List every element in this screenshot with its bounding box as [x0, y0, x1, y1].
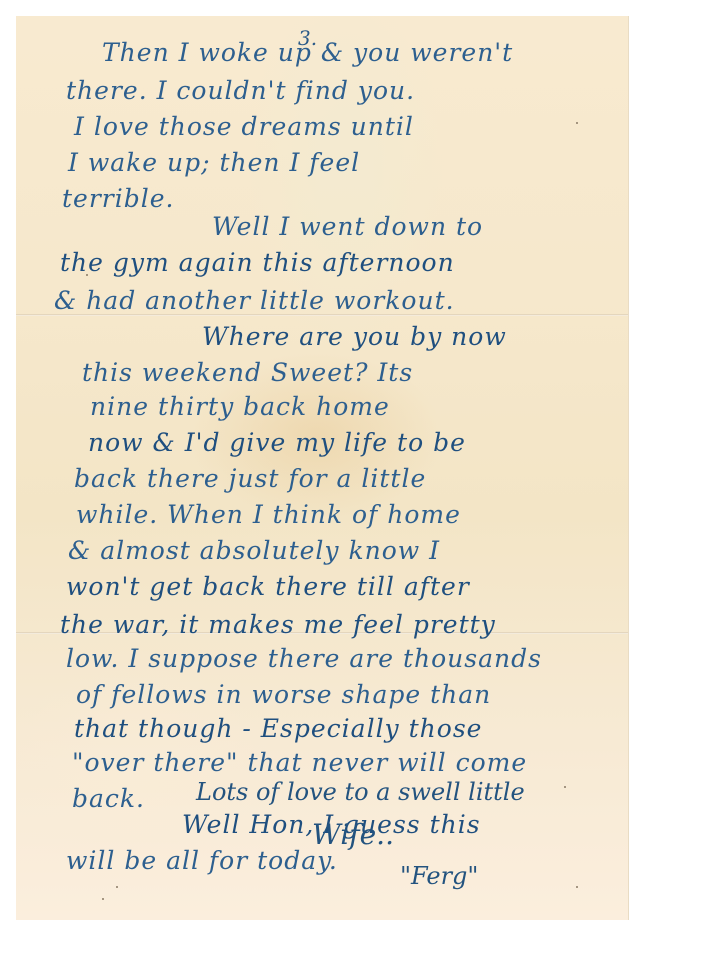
letter-line: I wake up; then I feel	[68, 150, 360, 175]
letter-line: the gym again this afternoon	[60, 250, 455, 275]
letter-line: back.	[72, 786, 145, 811]
letter-line: Well I went down to	[212, 214, 483, 239]
letter-line: there. I couldn't find you.	[66, 78, 415, 103]
letter-line: & had another little workout.	[54, 288, 455, 313]
letter-line: of fellows in worse shape than	[76, 682, 491, 707]
paper-speck	[116, 886, 118, 888]
closing-line: Lots of love to a swell little	[196, 778, 525, 806]
paper-speck	[102, 898, 104, 900]
letter-line: the war, it makes me feel pretty	[60, 612, 496, 637]
letter-line: "over there" that never will come	[72, 750, 527, 775]
letter-line: will be all for today.	[66, 848, 338, 873]
letter-line: low. I suppose there are thousands	[66, 646, 542, 671]
letter-line: I love those dreams until	[74, 114, 414, 139]
letter-line: terrible.	[62, 186, 174, 211]
paper-speck	[576, 122, 578, 124]
signature: "Ferg"	[400, 862, 478, 890]
letter-line: nine thirty back home	[90, 394, 390, 419]
letter-line: back there just for a little	[74, 466, 426, 491]
paper-speck	[564, 786, 566, 788]
letter-line: while. When I think of home	[76, 502, 461, 527]
letter-line: Where are you by now	[202, 324, 507, 349]
letter-line: now & I'd give my life to be	[88, 430, 466, 455]
letter-line: that though - Especially those	[74, 716, 482, 741]
paper-speck	[576, 886, 578, 888]
letter-line: won't get back there till after	[66, 574, 470, 599]
letter-line: this weekend Sweet? Its	[82, 360, 413, 385]
letter-line: Then I woke up & you weren't	[102, 40, 513, 65]
closing-wife: Wife..	[312, 818, 394, 851]
letter-line: & almost absolutely know I	[68, 538, 440, 563]
